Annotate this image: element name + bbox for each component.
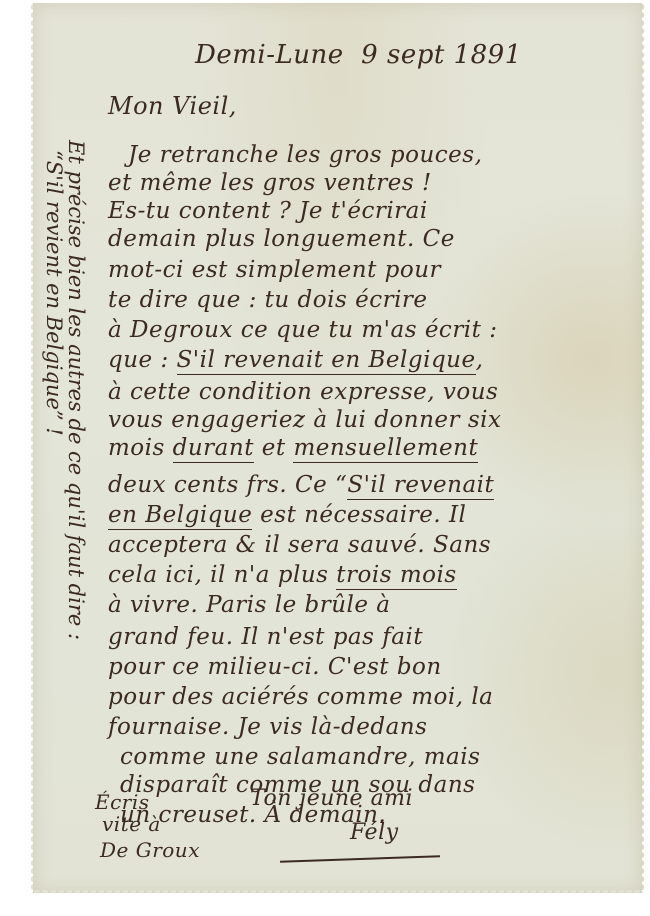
body-line: demain plus longuement. Ce bbox=[108, 226, 455, 252]
letter-place: Demi-Lune bbox=[195, 40, 344, 70]
letter-closing: Ton jeune ami bbox=[250, 786, 413, 811]
body-line: pour ce milieu-ci. C'est bon bbox=[108, 654, 442, 680]
body-line: mois durant et mensuellement bbox=[108, 435, 478, 461]
body-line: te dire que : tu dois écrire bbox=[108, 287, 428, 313]
body-line: cela ici, il n'a plus trois mois bbox=[108, 562, 457, 588]
body-line: grand feu. Il n'est pas fait bbox=[108, 624, 423, 650]
body-text: mois bbox=[108, 435, 173, 461]
body-text: et bbox=[254, 435, 293, 461]
body-text: est nécessaire. Il bbox=[252, 502, 466, 528]
underlined-phrase: S'il revenait en Belgique bbox=[177, 347, 476, 375]
body-line: acceptera & il sera sauvé. Sans bbox=[108, 532, 491, 558]
body-text: , bbox=[476, 347, 484, 373]
body-line: Je retranche les gros pouces, bbox=[128, 142, 482, 168]
body-line: vous engageriez à lui donner six bbox=[108, 407, 501, 433]
body-line: en Belgique est nécessaire. Il bbox=[108, 502, 466, 528]
postscript-line: Écris bbox=[95, 790, 150, 814]
body-line: à cette condition expresse, vous bbox=[108, 379, 498, 405]
body-line: à Degroux ce que tu m'as écrit : bbox=[108, 317, 497, 343]
underlined-phrase: S'il revenait bbox=[347, 472, 494, 500]
body-line: comme une salamandre, mais bbox=[120, 744, 480, 770]
postscript-line: De Groux bbox=[100, 838, 200, 862]
letter-salutation: Mon Vieil, bbox=[108, 92, 237, 120]
body-text: que : bbox=[108, 347, 177, 373]
body-line: à vivre. Paris le brûle à bbox=[108, 592, 391, 618]
letter-signature: Fély bbox=[350, 820, 399, 845]
underlined-phrase: mensuellement bbox=[293, 435, 478, 463]
body-line: pour des aciérés comme moi, la bbox=[108, 684, 493, 710]
body-line: mot-ci est simplement pour bbox=[108, 257, 441, 283]
letter-dateline: Demi-Lune 9 sept 1891 bbox=[195, 40, 522, 70]
body-line: deux cents frs. Ce “S'il revenait bbox=[108, 472, 494, 498]
body-line: fournaise. Je vis là-dedans bbox=[108, 714, 427, 740]
body-line: Es-tu content ? Je t'écrirai bbox=[108, 198, 428, 224]
body-line: et même les gros ventres ! bbox=[108, 170, 432, 196]
perforated-edge-bottom bbox=[33, 890, 642, 897]
margin-note-line: Et précise bien les autres de ce qu'il f… bbox=[64, 140, 88, 640]
body-text: deux cents frs. Ce “ bbox=[108, 472, 347, 498]
underlined-phrase: trois mois bbox=[336, 562, 456, 590]
postscript-line: vite à bbox=[102, 812, 161, 836]
body-text: cela ici, il n'a plus bbox=[108, 562, 336, 588]
underlined-phrase: durant bbox=[173, 435, 254, 463]
body-line: que : S'il revenait en Belgique, bbox=[108, 347, 483, 373]
underlined-phrase: en Belgique bbox=[108, 502, 252, 530]
letter-date: 9 sept 1891 bbox=[361, 40, 522, 70]
margin-note-line: “S'il revient en Belgique” ! bbox=[42, 150, 66, 436]
